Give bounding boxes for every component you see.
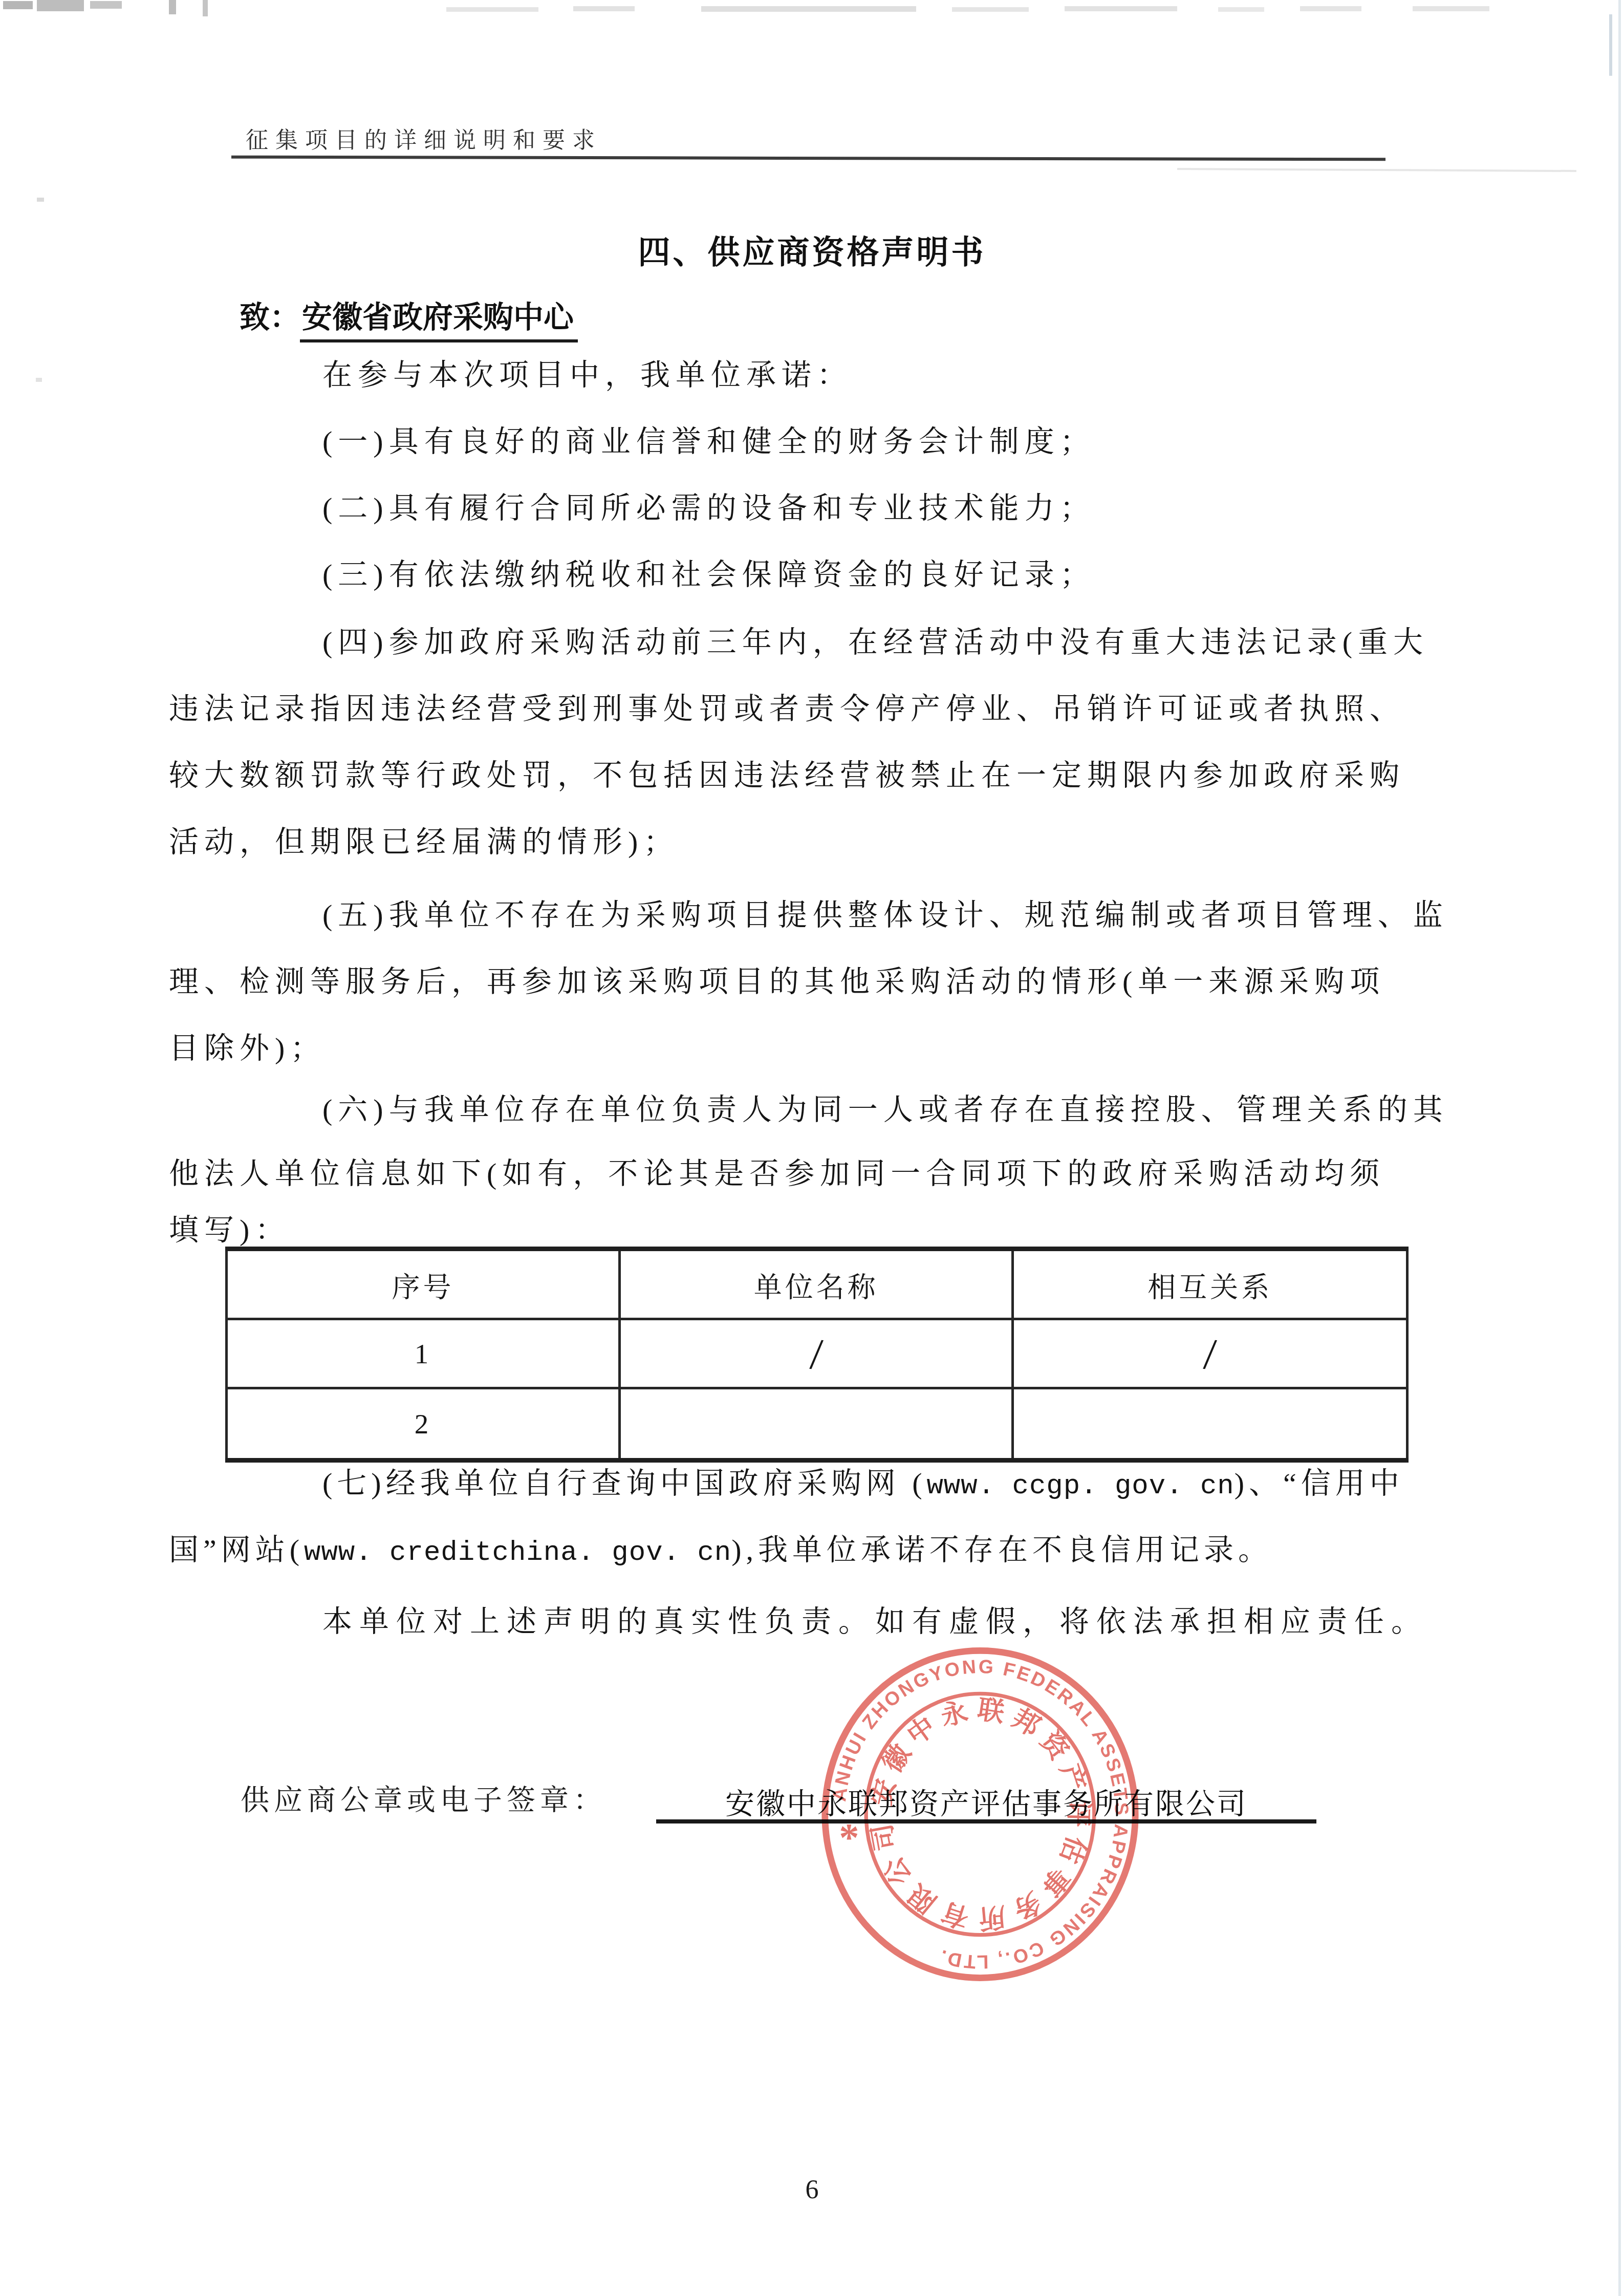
page-header-text: 征集项目的详细说明和要求 <box>246 122 602 155</box>
body-line: 活动，但期限已经届满的情形)； <box>169 825 1500 859</box>
table-cell: / <box>1011 1305 1409 1402</box>
body-line: 他法人单位信息如下(如有，不论其是否参加同一合同项下的政府采购活动均须 <box>169 1157 1500 1191</box>
table-cell: / <box>618 1305 1015 1402</box>
item7-text: )、“信用中 <box>1235 1467 1404 1500</box>
body-line: (一)具有良好的商业信誉和健全的财务会计制度； <box>169 425 1624 459</box>
body-line: 违法记录指因违法经营受到刑事处罚或者责令停产停业、吊销许可证或者执照、 <box>169 692 1500 726</box>
signature-line: 安徽中永联邦资产评估事务所有限公司 <box>656 1780 1316 1823</box>
body-line: 国”网站(www. creditchina. gov. cn),我单位承诺不存在… <box>169 1533 1500 1570</box>
document-page: 征集项目的详细说明和要求 四、供应商资格声明书 致：安徽省政府采购中心 在参与本… <box>0 0 1624 2296</box>
table-cell <box>1013 1388 1408 1461</box>
body-line: 目除外)； <box>169 1032 1500 1065</box>
body-line: (七)经我单位自行查询中国政府采购网 (www. ccgp. gov. cn)、… <box>169 1467 1624 1504</box>
table-header-row: 序号 单位名称 相互关系 <box>227 1249 1408 1319</box>
body-line: (五)我单位不存在为采购项目提供整体设计、规范编制或者项目管理、监 <box>169 898 1624 932</box>
table-header-unit: 单位名称 <box>620 1249 1013 1319</box>
creditchina-url: www. creditchina. gov. cn <box>304 1537 731 1569</box>
signature-label: 供应商公章或电子签章： <box>241 1777 607 1818</box>
table-header-seq: 序号 <box>227 1249 620 1319</box>
item7-text: (七)经我单位自行查询中国政府采购网 ( <box>322 1467 926 1500</box>
body-line: 填写)： <box>169 1213 1500 1247</box>
body-line: (二)具有履行合同所必需的设备和专业技术能力； <box>169 491 1624 525</box>
table-cell <box>620 1388 1013 1461</box>
body-line: 在参与本次项目中，我单位承诺： <box>169 358 1624 392</box>
body-line: (六)与我单位存在单位负责人为同一人或者存在直接控股、管理关系的其 <box>169 1093 1624 1127</box>
item7-text: 国”网站( <box>169 1533 304 1567</box>
document-title: 四、供应商资格声明书 <box>0 226 1624 273</box>
table-row: 2 <box>227 1388 1408 1461</box>
body-line: 理、检测等服务后，再参加该采购项目的其他采购活动的情形(单一来源采购项 <box>169 965 1500 999</box>
body-line: (三)有依法缴纳税收和社会保障资金的良好记录； <box>169 558 1624 592</box>
salutation-line: 致：安徽省政府采购中心 <box>240 293 578 336</box>
table-cell: 2 <box>227 1388 620 1461</box>
table-row: 1 / / <box>227 1319 1408 1388</box>
supplier-company-name: 安徽中永联邦资产评估事务所有限公司 <box>725 1788 1247 1820</box>
body-line: 较大数额罚款等行政处罚，不包括因违法经营被禁止在一定期限内参加政府采购 <box>169 759 1500 792</box>
header-rule-echo <box>1177 168 1576 172</box>
item7-text: ),我单位承诺不存在不良信用记录。 <box>731 1533 1272 1567</box>
table-header-relation: 相互关系 <box>1013 1249 1408 1319</box>
ccgp-url: www. ccgp. gov. cn <box>926 1471 1234 1502</box>
salutation-recipient: 安徽省政府采购中心 <box>300 301 578 342</box>
truthfulness-declaration: 本单位对上述声明的真实性负责。如有虚假，将依法承担相应责任。 <box>169 1605 1624 1639</box>
header-rule <box>231 156 1385 161</box>
related-units-table: 序号 单位名称 相互关系 1 / / 2 <box>225 1247 1409 1463</box>
table-cell: 1 <box>227 1319 620 1388</box>
page-number: 6 <box>0 2175 1624 2205</box>
body-line: (四)参加政府采购活动前三年内，在经营活动中没有重大违法记录(重大 <box>169 626 1624 659</box>
salutation-label: 致： <box>240 301 300 334</box>
